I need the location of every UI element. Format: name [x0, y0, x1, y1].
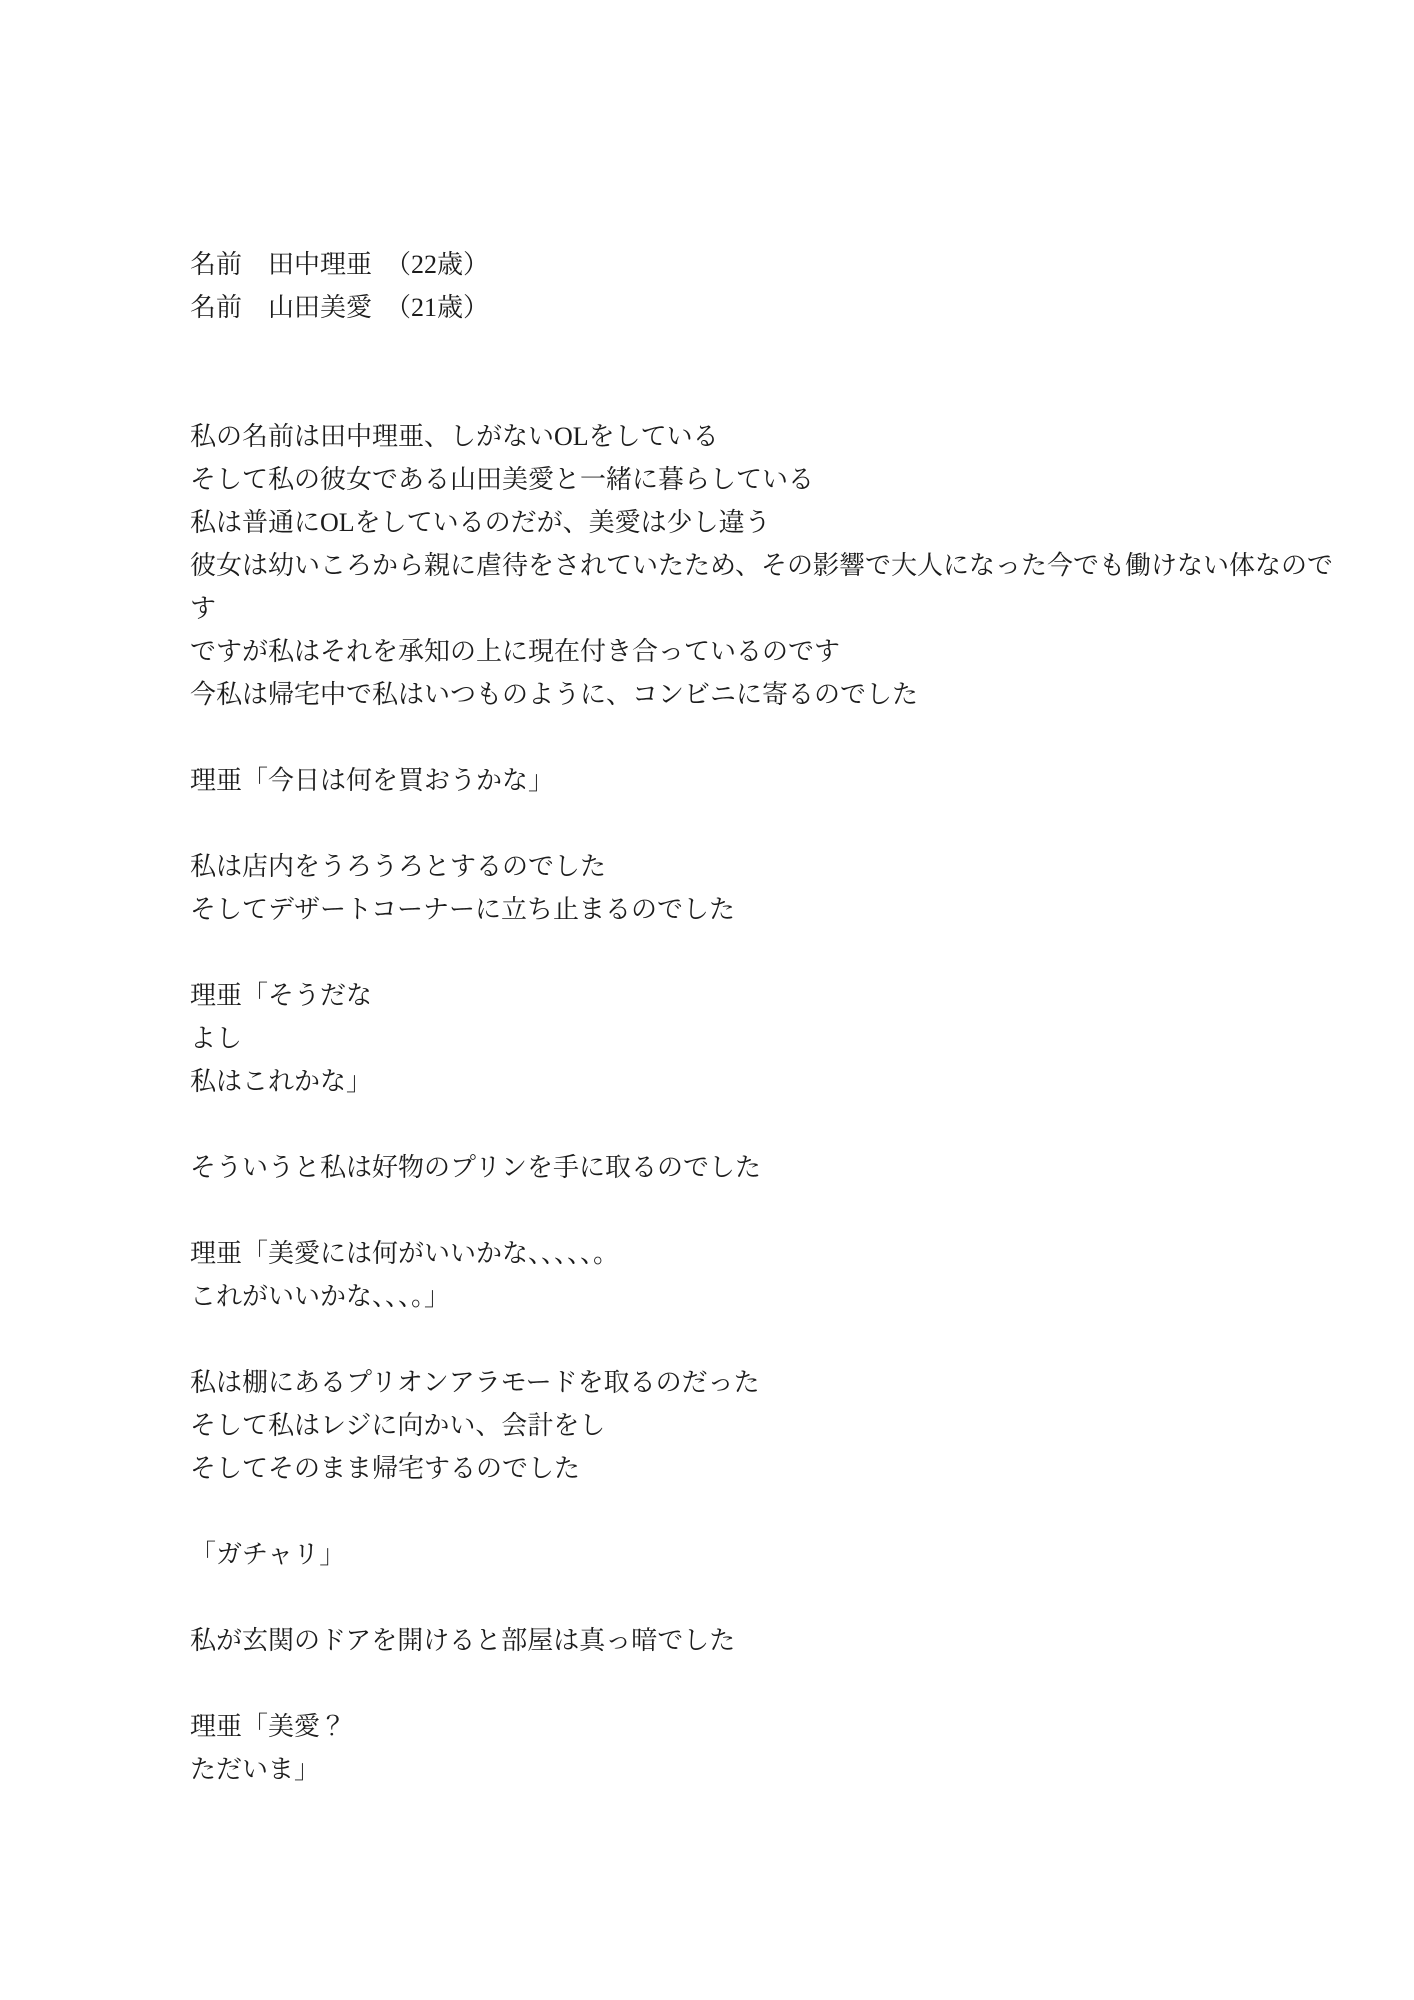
paragraph-dialogue: 理亜「そうだな よし 私はこれかな」: [190, 974, 1364, 1103]
text-line: 理亜「美愛？: [190, 1705, 1364, 1748]
paragraph-narration: 私の名前は田中理亜、しがないOLをしている そして私の彼女である山田美愛と一緒に…: [190, 415, 1364, 716]
text-line: 今私は帰宅中で私はいつものように、コンビニに寄るのでした: [190, 673, 1364, 716]
text-line: 彼女は幼いころから親に虐待をされていたため、その影響で大人になった今でも働けない…: [190, 544, 1364, 587]
character-name-line: 名前 田中理亜 （22歳）: [190, 243, 1364, 286]
paragraph-narration: 私は棚にあるプリオンアラモードを取るのだった そして私はレジに向かい、会計をし …: [190, 1361, 1364, 1490]
text-line: 理亜「そうだな: [190, 974, 1364, 1017]
paragraph-sound-effect: 「ガチャリ」: [190, 1533, 1364, 1576]
character-profile-block: 名前 田中理亜 （22歳） 名前 山田美愛 （21歳）: [190, 243, 1364, 329]
paragraph-narration: そういうと私は好物のプリンを手に取るのでした: [190, 1146, 1364, 1189]
text-line: よし: [190, 1017, 1364, 1060]
text-line: そしてデザートコーナーに立ち止まるのでした: [190, 888, 1364, 931]
text-line: そういうと私は好物のプリンを手に取るのでした: [190, 1146, 1364, 1189]
document-page: 名前 田中理亜 （22歳） 名前 山田美愛 （21歳） 私の名前は田中理亜、しが…: [0, 0, 1414, 2000]
text-line: そして私の彼女である山田美愛と一緒に暮らしている: [190, 458, 1364, 501]
text-line: そしてそのまま帰宅するのでした: [190, 1447, 1364, 1490]
text-line: 私が玄関のドアを開けると部屋は真っ暗でした: [190, 1619, 1364, 1662]
text-line: 理亜「今日は何を買おうかな」: [190, 759, 1364, 802]
text-line: 私は店内をうろうろとするのでした: [190, 845, 1364, 888]
paragraph-dialogue: 理亜「今日は何を買おうかな」: [190, 759, 1364, 802]
text-line: ですが私はそれを承知の上に現在付き合っているのです: [190, 630, 1364, 673]
text-line: 私の名前は田中理亜、しがないOLをしている: [190, 415, 1364, 458]
text-line: これがいいかな、、、。」: [190, 1275, 1364, 1318]
paragraph-dialogue: 理亜「美愛には何がいいかな、、、、、。 これがいいかな、、、。」: [190, 1232, 1364, 1318]
paragraph-narration: 私が玄関のドアを開けると部屋は真っ暗でした: [190, 1619, 1364, 1662]
text-line: ただいま」: [190, 1748, 1364, 1791]
paragraph-narration: 私は店内をうろうろとするのでした そしてデザートコーナーに立ち止まるのでした: [190, 845, 1364, 931]
text-line: 理亜「美愛には何がいいかな、、、、、。: [190, 1232, 1364, 1275]
text-line: 私は棚にあるプリオンアラモードを取るのだった: [190, 1361, 1364, 1404]
text-line: 私は普通にOLをしているのだが、美愛は少し違う: [190, 501, 1364, 544]
paragraph-dialogue: 理亜「美愛？ ただいま」: [190, 1705, 1364, 1791]
text-line: 「ガチャリ」: [190, 1533, 1364, 1576]
character-name-line: 名前 山田美愛 （21歳）: [190, 286, 1364, 329]
text-line: す: [190, 587, 1364, 630]
text-line: 私はこれかな」: [190, 1060, 1364, 1103]
text-line: そして私はレジに向かい、会計をし: [190, 1404, 1364, 1447]
